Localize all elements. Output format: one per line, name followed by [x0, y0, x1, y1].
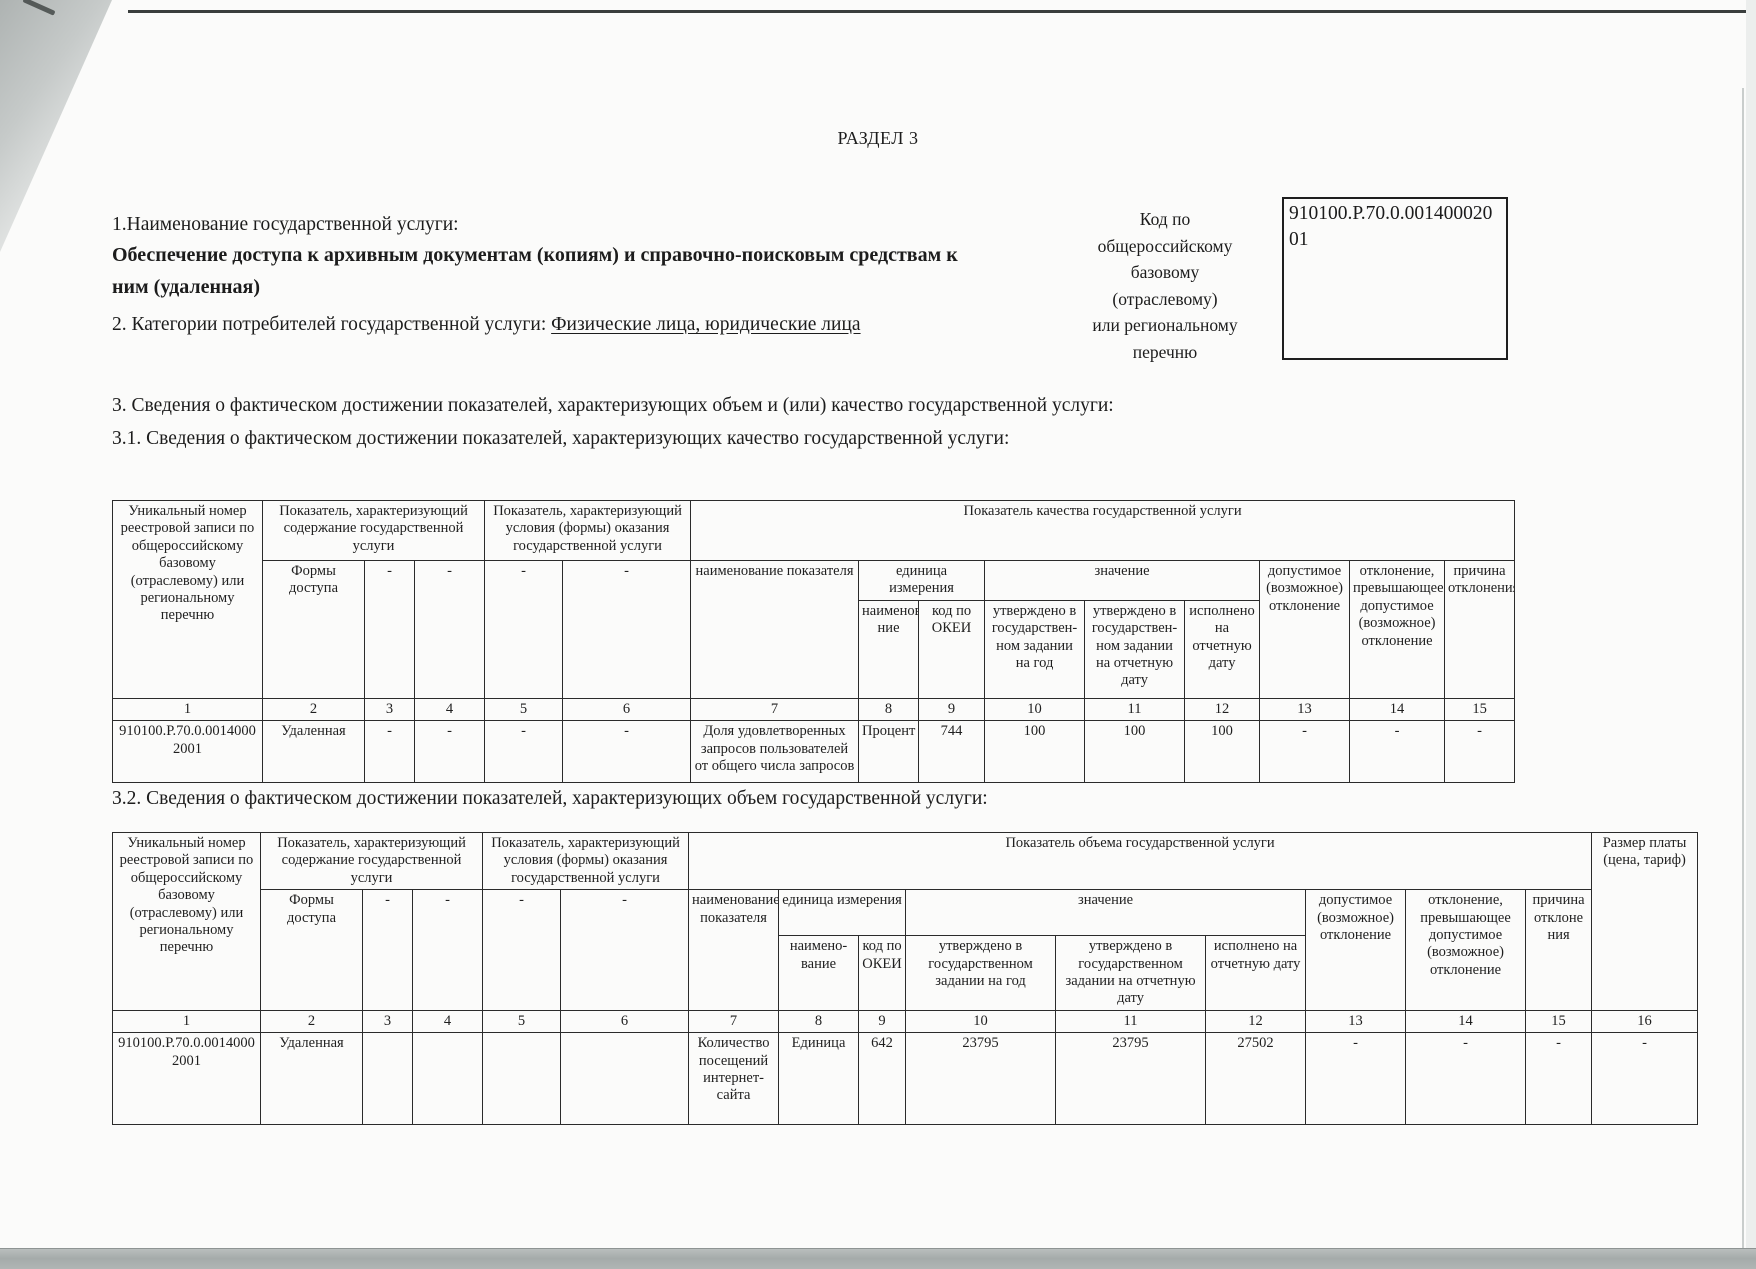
header-allowed-deviation: допустимое (возможное) отклонение [1260, 561, 1350, 699]
data-cell: - [1445, 721, 1515, 783]
approved-date-value: 23795 [1056, 1033, 1206, 1125]
data-cell: Удаленная [263, 721, 365, 783]
header-unique-number: Уникальный номер реестровой записи по об… [113, 501, 263, 699]
column-number: 6 [563, 698, 691, 720]
column-number: 13 [1260, 698, 1350, 720]
column-number: 8 [779, 1010, 859, 1032]
header-exceeding-deviation: отклонение, превышающее допустимое (возм… [1350, 561, 1445, 699]
header-access-forms: Формы доступа [261, 890, 363, 1011]
unit-code-cell: 642 [859, 1033, 906, 1125]
registry-number-cell: 910100.Р.70.0.00140002001 [113, 721, 263, 783]
column-number: 4 [415, 698, 485, 720]
data-cell: - [415, 721, 485, 783]
column-number: 9 [919, 698, 985, 720]
service-name-line1: Обеспечение доступа к архивным документа… [112, 244, 1092, 267]
header-conditions-group: Показатель, характеризующий условия (фор… [485, 501, 691, 561]
column-number: 5 [483, 1010, 561, 1032]
code-label-line: общероссийскому [1058, 233, 1272, 260]
column-number: 3 [365, 698, 415, 720]
header-executed: исполнено на отчетную дату [1185, 600, 1260, 698]
section31-heading: 3.1. Сведения о фактическом достижении п… [112, 428, 1672, 450]
header-content-group: Показатель, характеризующий содержание г… [263, 501, 485, 561]
data-cell: - [1592, 1033, 1698, 1125]
code-box: 910100.Р.70.0.00140002001 [1282, 197, 1508, 360]
column-number: 13 [1306, 1010, 1406, 1032]
data-cell [413, 1033, 483, 1125]
header-dash: - [561, 890, 689, 1011]
column-number: 14 [1350, 698, 1445, 720]
column-number: 12 [1206, 1010, 1306, 1032]
header-deviation-reason: причина отклоне ния [1526, 890, 1592, 1011]
header-volume-group: Показатель объема государственной услуги [689, 833, 1592, 890]
header-allowed-deviation: допустимое (возможное) отклонение [1306, 890, 1406, 1011]
code-label-line: или региональному [1058, 312, 1272, 339]
code-label-line: базовому [1058, 259, 1272, 286]
header-approved-year: утверждено в государственном задании на … [906, 936, 1056, 1011]
unit-name-cell: Процент [859, 721, 919, 783]
column-number: 12 [1185, 698, 1260, 720]
header-dash: - [365, 561, 415, 699]
data-cell: - [1306, 1033, 1406, 1125]
header-value-group: значение [906, 890, 1306, 936]
scan-top-edge-line [128, 10, 1748, 13]
quality-table: Уникальный номер реестровой записи по об… [112, 500, 1515, 783]
scan-corner-fold [0, 0, 112, 252]
header-conditions-group: Показатель, характеризующий условия (фор… [483, 833, 689, 890]
volume-table: Уникальный номер реестровой записи по об… [112, 832, 1698, 1125]
column-number: 10 [906, 1010, 1056, 1032]
column-number: 16 [1592, 1010, 1698, 1032]
scan-right-edge-line [1742, 88, 1744, 1250]
header-content-group: Показатель, характеризующий содержание г… [261, 833, 483, 890]
column-number: 2 [263, 698, 365, 720]
data-cell: - [1350, 721, 1445, 783]
scan-bottom-edge-band [0, 1248, 1756, 1269]
consumers-label: 2. Категории потребителей государственно… [112, 314, 546, 335]
executed-value: 100 [1185, 721, 1260, 783]
header-unit-name: наименова ние [859, 600, 919, 698]
header-unique-number: Уникальный номер реестровой записи по об… [113, 833, 261, 1011]
data-cell: Удаленная [261, 1033, 363, 1125]
approved-date-value: 100 [1085, 721, 1185, 783]
header-value-group: значение [985, 561, 1260, 601]
header-quality-group: Показатель качества государственной услу… [691, 501, 1515, 561]
data-cell [561, 1033, 689, 1125]
header-unit-name: наимено- вание [779, 936, 859, 1011]
header-unit-group: единица измерения [859, 561, 985, 601]
data-cell [363, 1033, 413, 1125]
header-unit-code: код по ОКЕИ [859, 936, 906, 1011]
column-number: 3 [363, 1010, 413, 1032]
header-dash: - [485, 561, 563, 699]
header-approved-date: утверждено в государствен- ном задании н… [1085, 600, 1185, 698]
header-dash: - [413, 890, 483, 1011]
column-number: 5 [485, 698, 563, 720]
data-cell: - [365, 721, 415, 783]
header-approved-date: утверждено в государственном задании на … [1056, 936, 1206, 1011]
column-number: 15 [1526, 1010, 1592, 1032]
header-dash: - [363, 890, 413, 1011]
header-dash: - [563, 561, 691, 699]
column-number: 6 [561, 1010, 689, 1032]
unit-code-cell: 744 [919, 721, 985, 783]
page-title: РАЗДЕЛ 3 [0, 128, 1756, 149]
indicator-name-cell: Количество посещений интернет- сайта [689, 1033, 779, 1125]
column-number: 9 [859, 1010, 906, 1032]
data-cell: - [1406, 1033, 1526, 1125]
header-executed: исполнено на отчетную дату [1206, 936, 1306, 1011]
header-indicator-name: наименование показателя [691, 561, 859, 699]
data-cell [483, 1033, 561, 1125]
header-approved-year: утверждено в государствен- ном задании н… [985, 600, 1085, 698]
indicator-name-cell: Доля удовлетворенных запросов пользовате… [691, 721, 859, 783]
header-access-forms: Формы доступа [263, 561, 365, 699]
data-cell: - [1526, 1033, 1592, 1125]
header-deviation-reason: причина отклонения [1445, 561, 1515, 699]
header-dash: - [483, 890, 561, 1011]
header-unit-group: единица измерения [779, 890, 906, 936]
column-number: 11 [1056, 1010, 1206, 1032]
column-number: 1 [113, 698, 263, 720]
unit-name-cell: Единица [779, 1033, 859, 1125]
code-value: 910100.Р.70.0.00140002001 [1284, 199, 1506, 256]
code-label: Код по общероссийскому базовому (отрасле… [1058, 206, 1272, 365]
column-number: 2 [261, 1010, 363, 1032]
header-dash: - [415, 561, 485, 699]
code-label-line: Код по [1058, 206, 1272, 233]
column-number: 7 [691, 698, 859, 720]
header-payment: Размер платы (цена, тариф) [1592, 833, 1698, 1011]
header-exceeding-deviation: отклонение, превышающее допустимое (возм… [1406, 890, 1526, 1011]
column-number: 11 [1085, 698, 1185, 720]
executed-value: 27502 [1206, 1033, 1306, 1125]
scan-right-strip [1746, 0, 1756, 1269]
column-number: 15 [1445, 698, 1515, 720]
column-number: 7 [689, 1010, 779, 1032]
header-unit-code: код по ОКЕИ [919, 600, 985, 698]
column-number: 1 [113, 1010, 261, 1032]
section32-heading: 3.2. Сведения о фактическом достижении п… [112, 788, 1672, 810]
column-number: 10 [985, 698, 1085, 720]
header-indicator-name: наименование показателя [689, 890, 779, 1011]
code-label-line: перечню [1058, 339, 1272, 366]
data-cell: - [485, 721, 563, 783]
approved-year-value: 23795 [906, 1033, 1056, 1125]
consumers-line: 2. Категории потребителей государственно… [112, 314, 1092, 336]
data-cell: - [563, 721, 691, 783]
consumers-value: Физические лица, юридические лица [551, 314, 860, 335]
column-number: 14 [1406, 1010, 1526, 1032]
data-cell: - [1260, 721, 1350, 783]
registry-number-cell: 910100.Р.70.0.00140002001 [113, 1033, 261, 1125]
column-number: 8 [859, 698, 919, 720]
service-name-line2: ним (удаленная) [112, 276, 1092, 299]
section3-heading: 3. Сведения о фактическом достижении пок… [112, 395, 1672, 417]
column-number: 4 [413, 1010, 483, 1032]
code-label-line: (отраслевому) [1058, 286, 1272, 313]
service-name-label: 1.Наименование государственной услуги: [112, 214, 1072, 236]
approved-year-value: 100 [985, 721, 1085, 783]
